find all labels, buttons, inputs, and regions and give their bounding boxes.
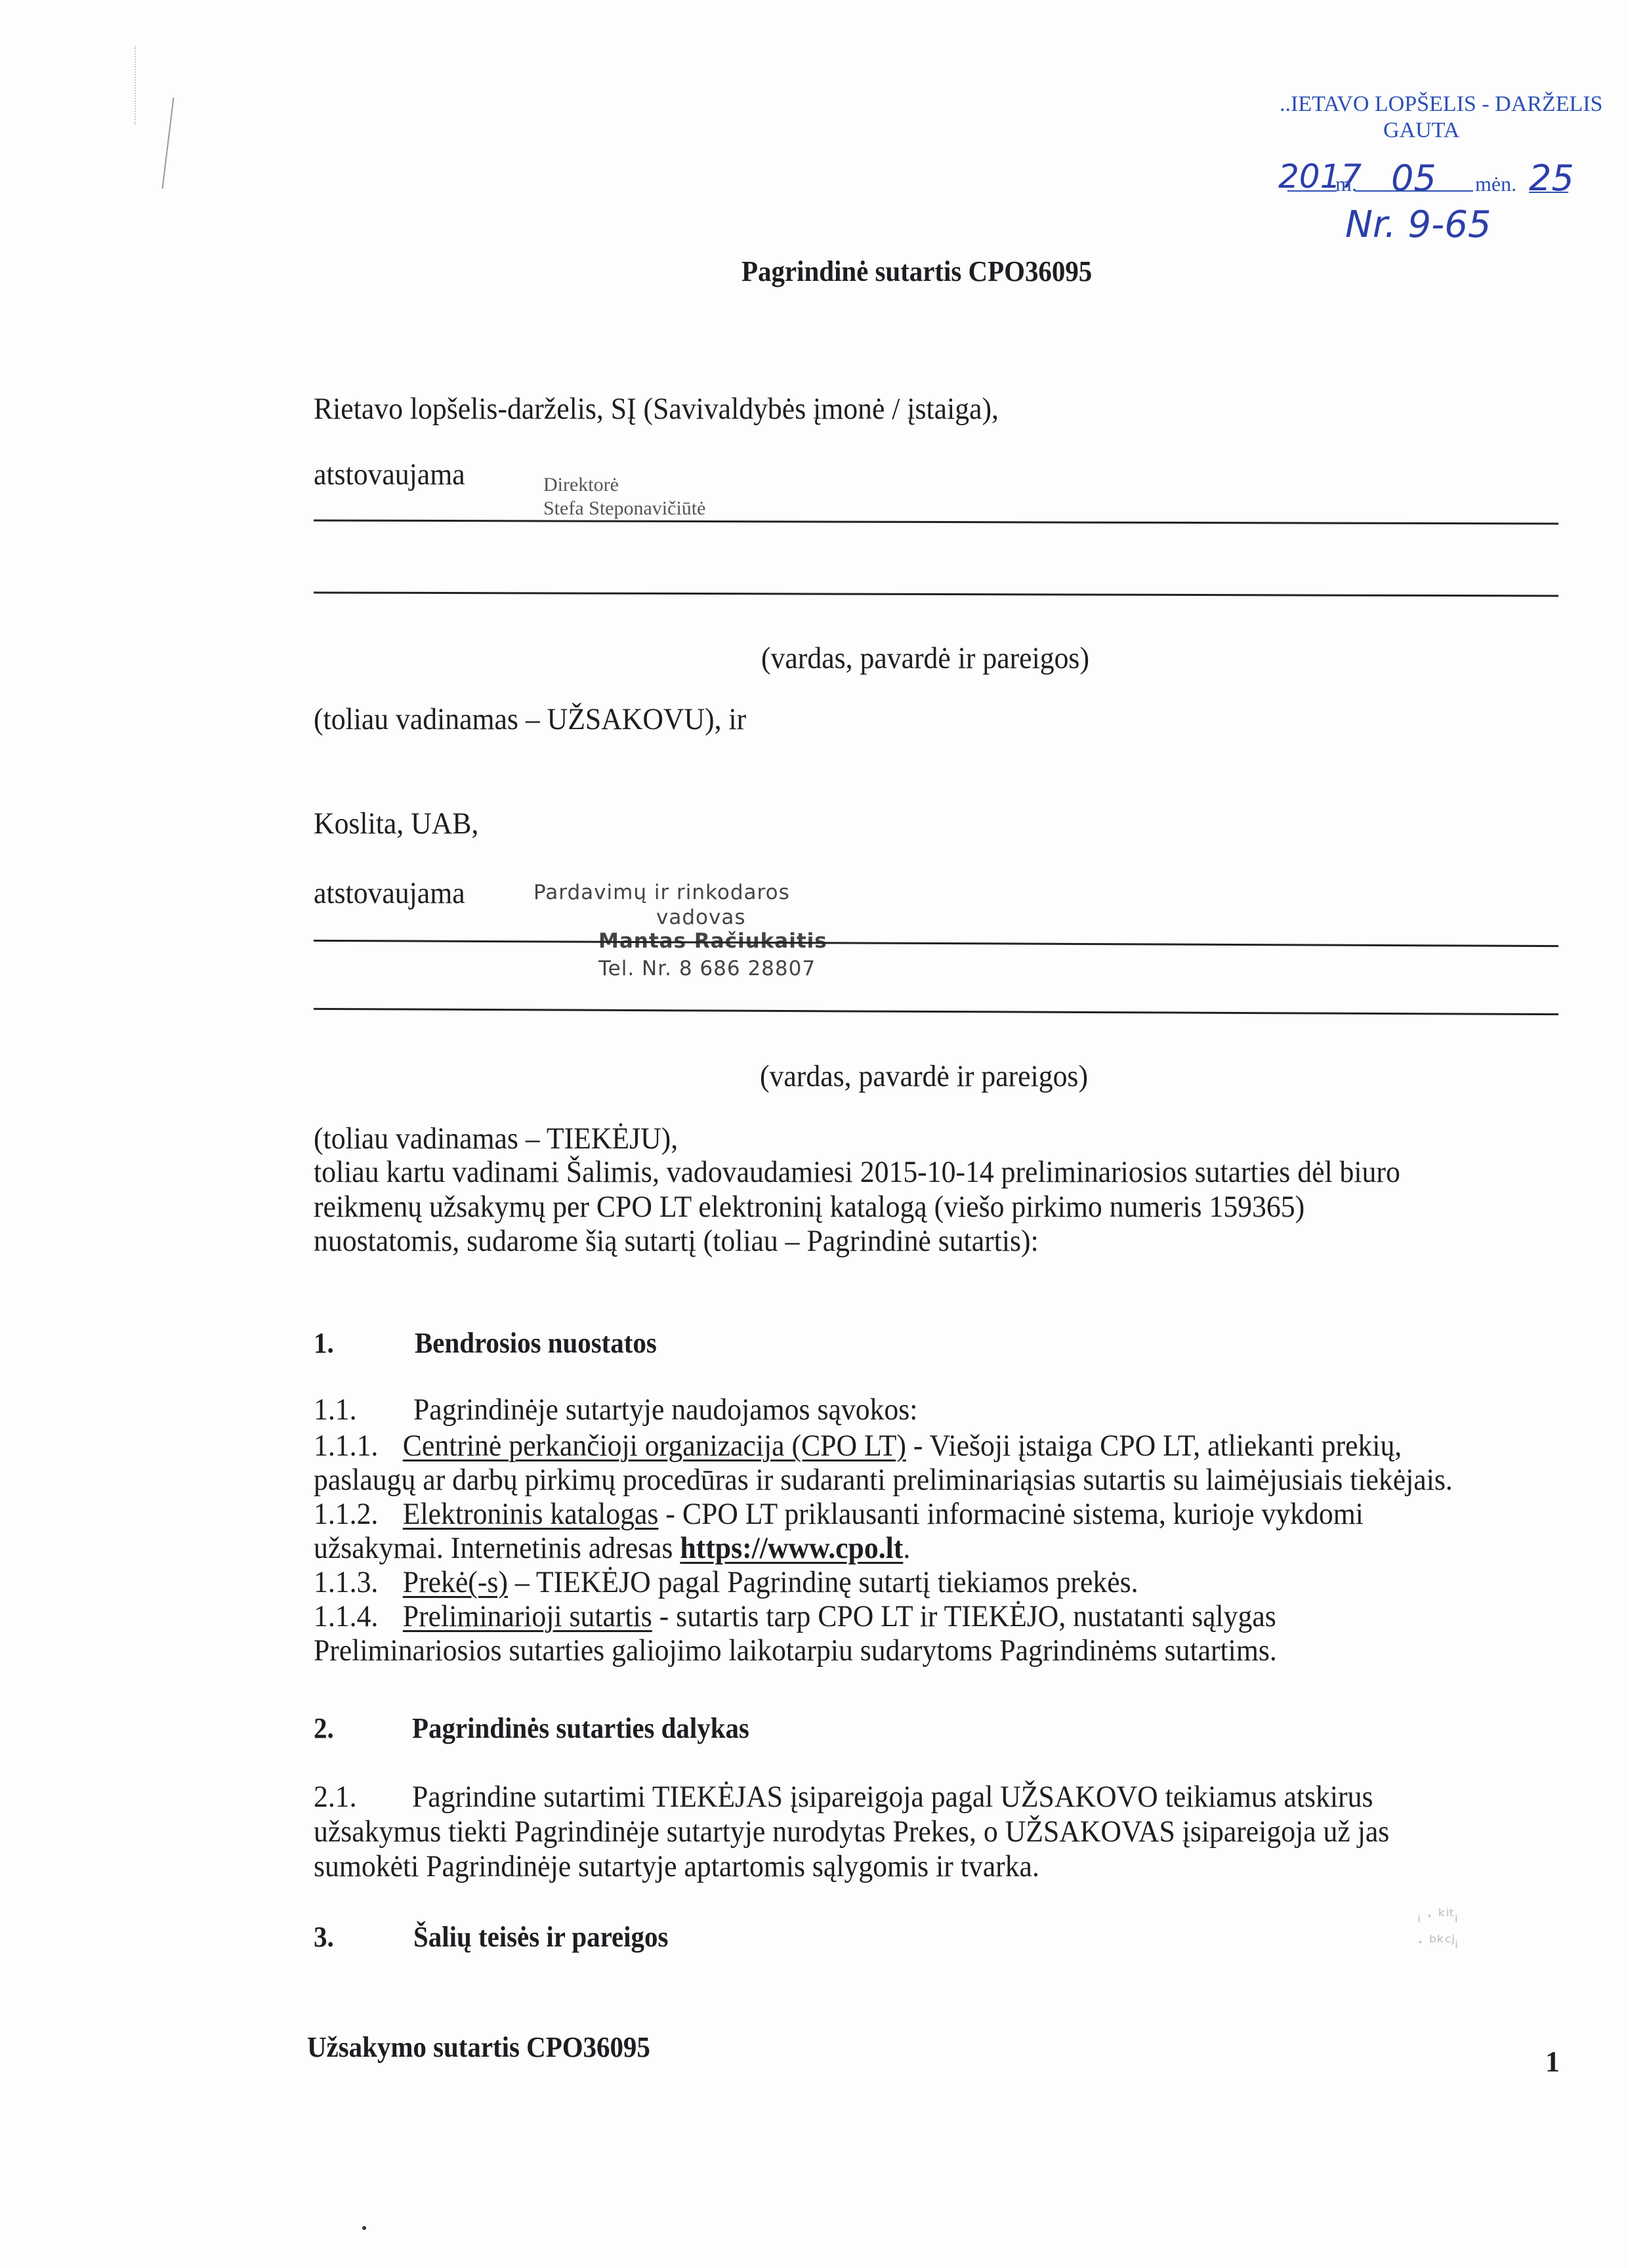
section-3-number: 3. bbox=[314, 1923, 334, 1952]
definition-1-1-2-line2: užsakymai. Internetinis adresas https://… bbox=[314, 1533, 910, 1564]
definition-1-1-1-line2: paslaugų ar darbų pirkimų procedūras ir … bbox=[314, 1465, 1453, 1496]
customer-field-caption: (vardas, pavardė ir pareigos) bbox=[761, 643, 1089, 674]
preamble-line-3: nuostatomis, sudarome šią sutartį (tolia… bbox=[314, 1226, 1039, 1257]
clause-2-1-line3: sumokėti Pagrindinėje sutartyje aptartom… bbox=[314, 1851, 1039, 1882]
stamp-month-underline bbox=[1355, 190, 1473, 192]
definition-text: - Viešoji įstaiga CPO LT, atliekanti pre… bbox=[906, 1429, 1402, 1463]
clause-1-1-number: 1.1. bbox=[314, 1395, 357, 1425]
clause-2-1-line1: Pagrindine sutartimi TIEKĖJAS įsipareigo… bbox=[412, 1782, 1373, 1813]
clause-2-1-line2: užsakymus tiekti Pagrindinėje sutartyje … bbox=[314, 1816, 1389, 1847]
stamp-month-handwritten: 05 bbox=[1391, 157, 1436, 199]
definition-term: Prekė(-s) bbox=[403, 1565, 508, 1599]
scan-artifact-line bbox=[161, 97, 174, 188]
customer-rep-name: Stefa Steponavičiūtė bbox=[543, 497, 705, 520]
scan-artifact-dot bbox=[362, 2226, 366, 2230]
customer-name: Rietavo lopšelis-darželis, SĮ (Savivaldy… bbox=[314, 394, 999, 425]
footer-page-number: 1 bbox=[1545, 2045, 1560, 2078]
preamble-line-2: reikmenų užsakymų per CPO LT elektroninį… bbox=[314, 1192, 1304, 1223]
supplier-rep-title-line2: vadovas bbox=[656, 906, 745, 929]
definition-term: Elektroninis katalogas bbox=[403, 1497, 659, 1531]
stamp-year-suffix: m. bbox=[1335, 172, 1357, 196]
definition-number: 1.1.4. bbox=[314, 1601, 403, 1632]
stamp-day-underline bbox=[1529, 192, 1568, 193]
supplier-rep-line-1 bbox=[314, 940, 1558, 947]
definition-term: Preliminarioji sutartis bbox=[403, 1599, 652, 1633]
definition-1-1-3: 1.1.3.Prekė(-s) – TIEKĖJO pagal Pagrindi… bbox=[314, 1567, 1138, 1598]
definition-number: 1.1.3. bbox=[314, 1567, 403, 1598]
stamp-year-underline bbox=[1287, 190, 1337, 192]
supplier-rep-title-line1: Pardavimų ir rinkodaros bbox=[533, 881, 790, 904]
definition-number: 1.1.1. bbox=[314, 1431, 403, 1461]
definition-1-1-2: 1.1.2.Elektroninis katalogas - CPO LT pr… bbox=[314, 1499, 1364, 1530]
definition-text: – TIEKĖJO pagal Pagrindinę sutartį tieki… bbox=[508, 1565, 1138, 1599]
definition-text-suffix: . bbox=[903, 1531, 910, 1565]
cpo-website-link[interactable]: https://www.cpo.lt bbox=[680, 1531, 903, 1565]
definition-term: Centrinė perkančioji organizacija (CPO L… bbox=[403, 1429, 906, 1463]
supplier-hereinafter: (toliau vadinamas – TIEKĖJU), bbox=[314, 1123, 678, 1154]
definition-text: - sutartis tarp CPO LT ir TIEKĖJO, nusta… bbox=[652, 1599, 1276, 1633]
bleed-through-marks: ᵢ · ᵏⁱᵗᵢ· ᵇᵏᶜʲᵢ bbox=[1417, 1903, 1458, 1956]
supplier-name: Koslita, UAB, bbox=[314, 808, 478, 839]
supplier-field-caption: (vardas, pavardė ir pareigos) bbox=[760, 1061, 1088, 1092]
definition-1-1-4-line2: Preliminariosios sutarties galiojimo lai… bbox=[314, 1635, 1277, 1666]
definition-1-1-1: 1.1.1.Centrinė perkančioji organizacija … bbox=[314, 1431, 1402, 1461]
customer-hereinafter: (toliau vadinamas – UŽSAKOVU), ir bbox=[314, 704, 746, 735]
supplier-represented-label: atstovaujama bbox=[314, 878, 465, 909]
clause-2-1-number: 2.1. bbox=[314, 1782, 357, 1813]
customer-rep-title: Direktorė bbox=[543, 474, 619, 496]
definition-number: 1.1.2. bbox=[314, 1499, 403, 1530]
section-1-number: 1. bbox=[314, 1329, 334, 1358]
section-2-number: 2. bbox=[314, 1714, 334, 1743]
document-title: Pagrindinė sutartis CPO36095 bbox=[741, 255, 1092, 288]
customer-rep-line-1 bbox=[314, 520, 1558, 525]
stamp-month-suffix: mėn. bbox=[1475, 172, 1516, 196]
supplier-rep-line-2 bbox=[314, 1008, 1558, 1015]
scan-artifact-mark bbox=[135, 46, 142, 125]
section-1-title: Bendrosios nuostatos bbox=[415, 1329, 657, 1358]
stamp-gauta-label: GAUTA bbox=[1383, 118, 1459, 143]
stamp-organization: ..IETAVO LOPŠELIS - DARŽELIS bbox=[1280, 92, 1602, 117]
supplier-rep-phone: Tel. Nr. 8 686 28807 bbox=[598, 957, 816, 980]
section-3-title: Šalių teisės ir pareigos bbox=[413, 1923, 668, 1952]
definition-text: - CPO LT priklausanti informacinė sistem… bbox=[658, 1497, 1363, 1531]
stamp-registration-number: Nr. 9-65 bbox=[1345, 203, 1491, 246]
definition-text: užsakymai. Internetinis adresas bbox=[314, 1531, 680, 1565]
customer-represented-label: atstovaujama bbox=[314, 459, 465, 490]
section-2-title: Pagrindinės sutarties dalykas bbox=[412, 1714, 749, 1743]
customer-rep-line-2 bbox=[314, 592, 1558, 597]
footer-document-name: Užsakymo sutartis CPO36095 bbox=[307, 2033, 650, 2062]
clause-1-1-text: Pagrindinėje sutartyje naudojamos sąvoko… bbox=[413, 1395, 917, 1425]
preamble-line-1: toliau kartu vadinami Šalimis, vadovauda… bbox=[314, 1157, 1400, 1188]
definition-1-1-4: 1.1.4.Preliminarioji sutartis - sutartis… bbox=[314, 1601, 1276, 1632]
